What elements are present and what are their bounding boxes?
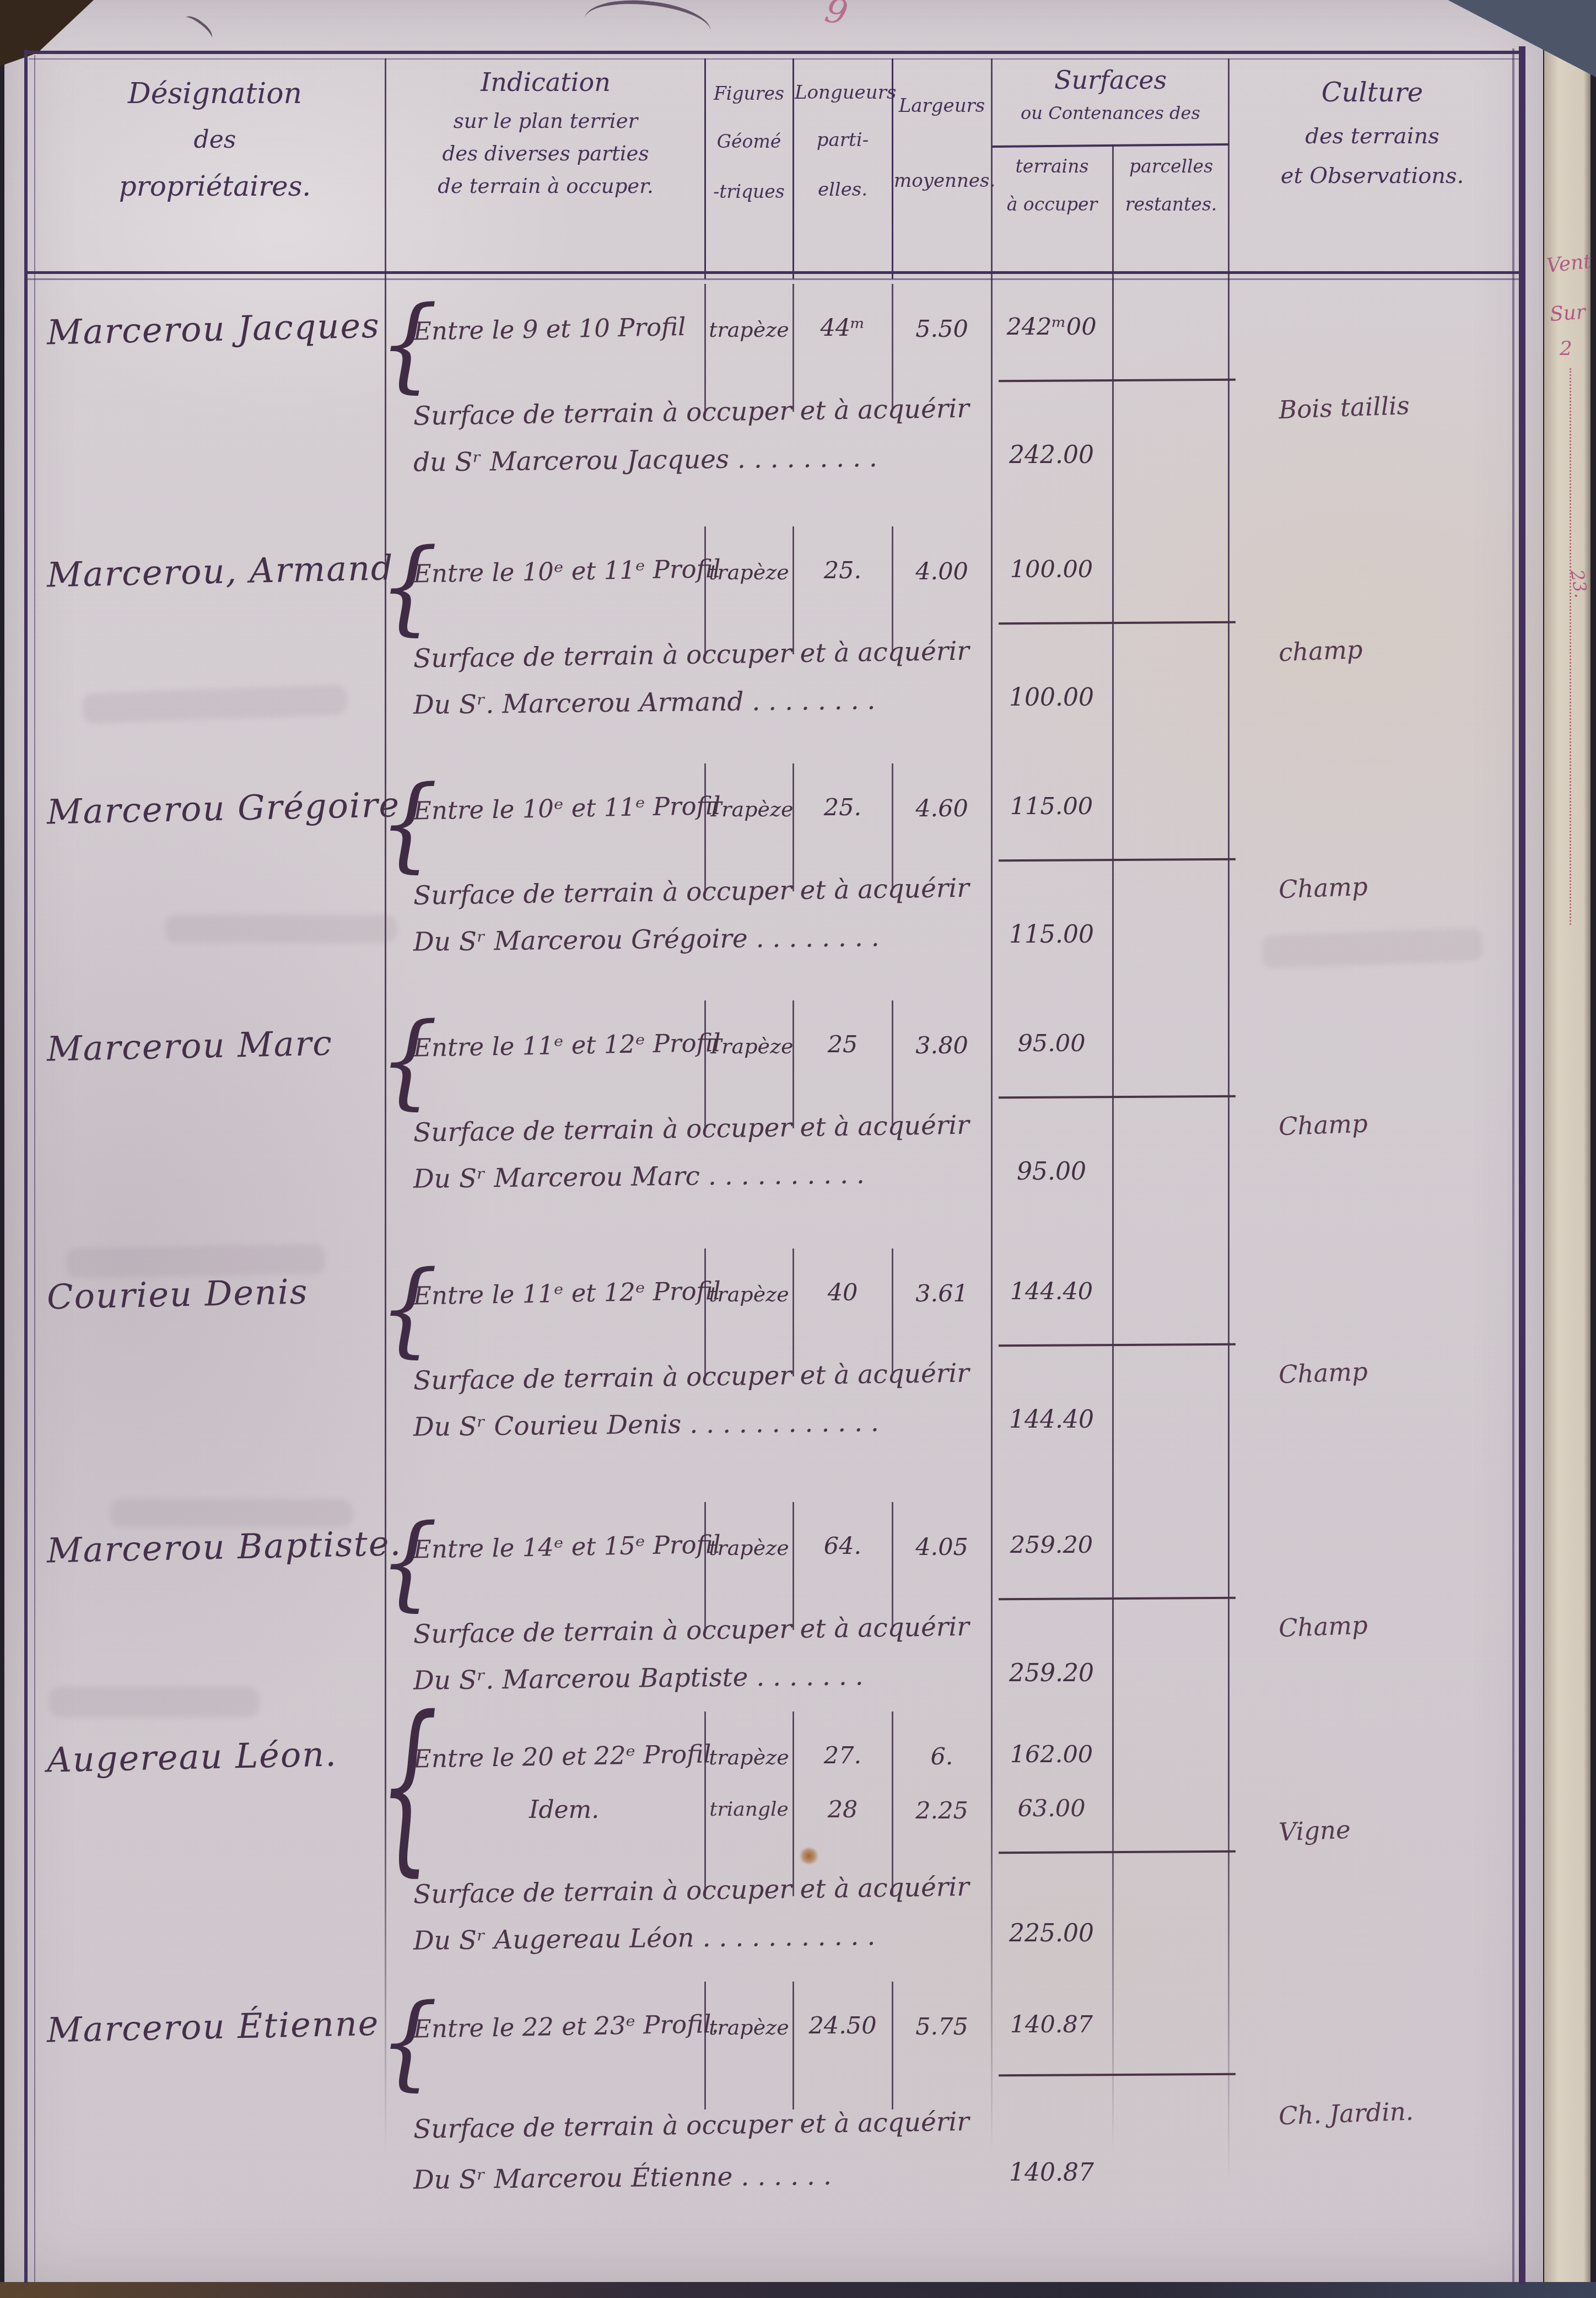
surface-value: 95.00: [992, 1030, 1111, 1057]
figure-value: Trapèze: [708, 797, 790, 821]
column-segment: [704, 1502, 706, 1630]
header-line: de terrain à occuper.: [389, 174, 703, 198]
top-border: [24, 51, 1522, 54]
figure-value: Trapèze: [708, 1034, 790, 1058]
indication-text: Entre le 11ᵉ et 12ᵉ Profil: [413, 1028, 706, 1062]
column-segment: [704, 1248, 706, 1376]
indication-text: Entre le 11ᵉ et 12ᵉ Profil: [413, 1276, 706, 1310]
header-line: Désignation: [47, 77, 383, 110]
column-segment: [792, 1982, 794, 2109]
header-col-figures: Figures Géomé -triques: [707, 83, 791, 202]
indication-text: Entre le 14ᵉ et 15ᵉ Profil: [413, 1530, 706, 1564]
brace-icon: [379, 1677, 438, 1893]
header-col-largeurs: Largeurs moyennes.: [894, 95, 990, 192]
column-segment: [704, 526, 706, 654]
header-rule: [24, 271, 1519, 274]
largeur-value: 4.00: [895, 558, 989, 585]
scan-edge: [0, 2282, 1596, 2298]
surface-value: 144.40: [992, 1278, 1111, 1305]
right-border-inner: [1512, 49, 1514, 2283]
total-value: 115.00: [992, 921, 1111, 949]
figure-value: trapèze: [708, 560, 790, 584]
owner-name: Marcerou, Armand: [46, 548, 383, 595]
left-border: [24, 50, 28, 2283]
longueur-value: 64.: [796, 1532, 889, 1560]
indication-text: Entre le 9 et 10 Profil: [413, 311, 706, 346]
surface-value: 115.00: [992, 793, 1111, 820]
header-line: sur le plan terrier: [389, 109, 703, 133]
owner-name: Augereau Léon.: [46, 1733, 383, 1780]
surface-sentence-line2: Du Sʳ Marcerou Grégoire . . . . . . . .: [413, 921, 1031, 957]
total-value: 259.20: [992, 1659, 1111, 1687]
total-value: 242.00: [992, 441, 1111, 469]
left-border-inner: [34, 55, 35, 2282]
owner-name: Marcerou Marc: [46, 1022, 383, 1069]
total-value: 140.87: [992, 2159, 1111, 2187]
surface-sentence-line2: Du Sʳ Courieu Denis . . . . . . . . . . …: [413, 1406, 1031, 1443]
largeur-value-line2: 2.25: [895, 1797, 989, 1825]
surface-value-line2: 63.00: [992, 1795, 1111, 1822]
header-subcol-terrains: terrains à occuper: [993, 155, 1111, 215]
header-line: elles.: [795, 179, 891, 201]
surface-value: 140.87: [992, 2011, 1111, 2038]
surface-sentence-line2: Du Sʳ Marcerou Marc . . . . . . . . . .: [413, 1158, 1031, 1194]
column-segment: [792, 1000, 794, 1128]
figure-value-line2: triangle: [708, 1798, 790, 1821]
column-segment: [792, 284, 794, 412]
total-value: 95.00: [992, 1158, 1111, 1186]
top-border-inner: [29, 58, 1519, 60]
total-value: 144.40: [992, 1406, 1111, 1434]
surface-sentence-line2: Du Sʳ Augereau Léon . . . . . . . . . . …: [413, 1919, 1031, 1956]
ink-stain: [799, 1848, 819, 1864]
figure-value: trapèze: [708, 2015, 790, 2039]
figure-value: trapèze: [708, 1536, 790, 1560]
header-line: Surfaces: [992, 65, 1229, 95]
largeur-value: 5.50: [895, 315, 989, 343]
header-line: restantes.: [1114, 193, 1228, 215]
header-line: Culture: [1234, 77, 1510, 108]
surface-sentence-line2: du Sʳ Marcerou Jacques . . . . . . . . .: [413, 441, 1031, 478]
longueur-value: 25.: [796, 557, 889, 584]
owner-name: Marcerou Jacques: [46, 305, 383, 353]
header-line: des: [47, 126, 383, 154]
header-line: parti-: [795, 129, 891, 151]
column-segment: [704, 284, 706, 412]
header-line: Largeurs: [894, 95, 990, 117]
largeur-value: 4.60: [895, 795, 989, 822]
indication-text: Entre le 20 et 22ᵉ Profil: [413, 1739, 706, 1773]
figure-value: trapèze: [708, 1282, 790, 1306]
surface-sentence-line2: Du Sʳ. Marcerou Armand . . . . . . . .: [413, 684, 1031, 720]
column-segment: [892, 763, 893, 891]
largeur-value: 5.75: [895, 2013, 989, 2041]
owner-name: Marcerou Grégoire: [46, 785, 383, 832]
bleed-through-smudge: [110, 1499, 353, 1527]
column-segment: [892, 1712, 893, 1896]
scanned-ledger-document: 9 Désignation des propriétaires. Indicat…: [0, 0, 1596, 2298]
column-segment: [704, 1712, 706, 1896]
header-line: parcelles: [1114, 155, 1228, 177]
bleed-through-smudge: [50, 1687, 259, 1717]
surface-sentence-line2: Du Sʳ Marcerou Étienne . . . . . .: [413, 2159, 1031, 2195]
column-segment: [892, 1502, 893, 1630]
column-segment: [792, 1248, 794, 1376]
bleed-through-smudge: [66, 1244, 326, 1278]
header-col-designation: Désignation des propriétaires.: [47, 77, 383, 202]
header-line: terrains: [993, 155, 1111, 177]
column-segment: [792, 763, 794, 891]
surface-value: 100.00: [992, 556, 1111, 583]
header-col-culture: Culture des terrains et Observations.: [1234, 77, 1510, 189]
longueur-value: 40: [796, 1279, 889, 1306]
surface-value: 162.00: [992, 1741, 1111, 1768]
column-segment: [892, 1982, 893, 2109]
header-line: Figures: [707, 83, 791, 104]
total-value: 100.00: [992, 684, 1111, 712]
header-line: propriétaires.: [47, 170, 383, 202]
bleed-through-smudge: [165, 915, 397, 943]
longueur-value: 25: [796, 1031, 889, 1058]
column-line-culture: [1228, 58, 1230, 2181]
side-page-dotted-rule: [1570, 368, 1571, 925]
longueur-value-line2: 28: [796, 1796, 889, 1823]
figure-value: trapèze: [708, 317, 790, 342]
indication-text: Entre le 10ᵉ et 11ᵉ Profil: [413, 554, 706, 588]
column-line-surfaces: [991, 58, 993, 2153]
column-segment: [892, 284, 893, 412]
header-line: Longueurs: [795, 82, 891, 104]
header-line: Géomé: [707, 131, 791, 152]
largeur-value: 3.80: [895, 1032, 989, 1059]
header-line: des terrains: [1234, 123, 1510, 149]
column-segment: [704, 763, 706, 891]
header-col-longueurs: Longueurs parti- elles.: [795, 82, 891, 201]
side-page-ink-fragment: Vent: [1545, 250, 1592, 277]
surface-value: 259.20: [992, 1531, 1111, 1559]
header-rule-inner: [24, 278, 1519, 280]
side-page-ink-fragment: 2: [1560, 337, 1572, 360]
header-subcol-parcelles: parcelles restantes.: [1114, 155, 1228, 215]
column-segment: [892, 1000, 893, 1128]
indication-text: Entre le 10ᵉ et 11ᵉ Profil: [413, 791, 706, 825]
surface-sentence-line2: Du Sʳ. Marcerou Baptiste . . . . . . .: [413, 1659, 1031, 1696]
largeur-value: 6.: [895, 1743, 989, 1770]
column-line-figures: [704, 58, 706, 279]
header-line: Indication: [389, 67, 703, 97]
header-line: ou Contenances des: [992, 103, 1229, 123]
surface-value: 242ᵐ00: [992, 313, 1111, 341]
side-page-ink-fragment: Sur: [1549, 301, 1587, 326]
column-segment: [792, 1502, 794, 1630]
indication-text-line2: Idem.: [529, 1796, 705, 1824]
total-value: 225.00: [992, 1919, 1111, 1947]
header-col-indication: Indication sur le plan terrier des diver…: [389, 67, 703, 198]
column-segment: [704, 1000, 706, 1128]
header-line: des diverses parties: [389, 142, 703, 165]
longueur-value: 27.: [796, 1742, 889, 1769]
header-col-surfaces: Surfaces ou Contenances des: [992, 65, 1229, 123]
header-line: moyennes.: [894, 170, 990, 192]
longueur-value: 24.50: [796, 2012, 889, 2039]
column-line-longueurs: [792, 58, 794, 279]
owner-name: Marcerou Baptiste.: [46, 1524, 383, 1571]
header-line: à occuper: [993, 193, 1111, 215]
header-line: et Observations.: [1234, 163, 1510, 189]
owner-name: Marcerou Étienne: [46, 2003, 383, 2051]
indication-text: Entre le 22 et 23ᵉ Profil.: [413, 2009, 706, 2043]
largeur-value: 4.05: [895, 1533, 989, 1561]
largeur-value: 3.61: [895, 1280, 989, 1307]
column-segment: [704, 1982, 706, 2109]
header-line: -triques: [707, 181, 791, 202]
column-segment: [892, 526, 893, 654]
right-border: [1519, 46, 1525, 2284]
longueur-value: 25.: [796, 794, 889, 821]
column-segment: [892, 1248, 893, 1376]
column-segment: [792, 1712, 794, 1896]
figure-value: trapèze: [708, 1745, 790, 1769]
column-segment: [792, 526, 794, 654]
longueur-value: 44ᵐ: [796, 314, 889, 342]
